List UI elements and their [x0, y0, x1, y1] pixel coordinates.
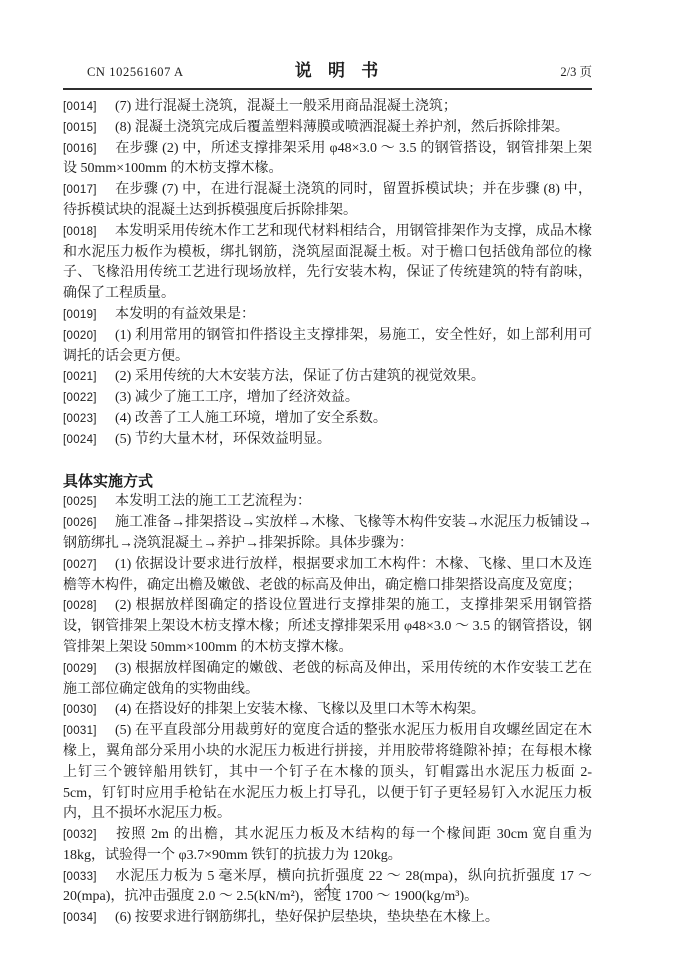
paragraph-0028: [0028](2) 根据放样图确定的搭设位置进行支撑排架的施工，支撑排架采用钢管… — [63, 596, 592, 658]
paragraph-0020: [0020](1) 利用常用的钢管扣件搭设主支撑排架，易施工，安全性好，如上部利… — [63, 326, 592, 368]
paragraph-tag: [0034] — [63, 908, 115, 929]
paragraph-text: (5) 在平直段部分用裁剪好的宽度合适的整张水泥压力板用自攻螺丝固定在木椽上，翼… — [63, 723, 592, 821]
paragraph-0019: [0019]本发明的有益效果是： — [63, 305, 592, 326]
paragraph-text: (8) 混凝土浇筑完成后覆盖塑料薄膜或喷洒混凝土养护剂，然后拆除排架。 — [115, 120, 569, 135]
paragraph-text: (3) 减少了施工工序，增加了经济效益。 — [115, 390, 359, 405]
paragraph-text: (2) 根据放样图确定的搭设位置进行支撑排架的施工，支撑排架采用钢管搭设，钢管排… — [63, 598, 592, 655]
patent-document-page: CN 102561607 A 说 明 书 2/3 页 [0014](7) 进行混… — [0, 0, 680, 962]
paragraph-text: (7) 进行混凝土浇筑，混凝土一般采用商品混凝土浇筑； — [115, 99, 457, 114]
paragraph-tag: [0025] — [63, 492, 115, 513]
paragraph-text: (4) 在搭设好的排架上安装木椽、飞椽以及里口木等木构架。 — [115, 702, 485, 717]
paragraph-tag: [0019] — [63, 305, 115, 326]
page-indicator: 2/3 页 — [384, 62, 592, 80]
paragraph-text: 本发明工法的施工工艺流程为： — [115, 494, 311, 509]
paragraph-0024: [0024](5) 节约大量木材，环保效益明显。 — [63, 430, 592, 451]
paragraph-text: (3) 根据放样图确定的嫩戗、老戗的标高及伸出，采用传统的木作安装工艺在施工部位… — [63, 661, 592, 697]
paragraph-tag: [0030] — [63, 700, 115, 721]
page-number: 4 — [324, 880, 331, 895]
paragraph-0025: [0025]本发明工法的施工工艺流程为： — [63, 492, 592, 513]
paragraph-tag: [0015] — [63, 118, 115, 139]
paragraph-tag: [0018] — [63, 222, 115, 243]
paragraph-0022: [0022](3) 减少了施工工序，增加了经济效益。 — [63, 388, 592, 409]
page-header: CN 102561607 A 说 明 书 2/3 页 — [63, 56, 592, 90]
paragraph-text: (2) 采用传统的大木安装方法，保证了仿古建筑的视觉效果。 — [115, 369, 485, 384]
paragraph-tag: [0029] — [63, 659, 115, 680]
paragraph-text: 按照 2m 的出檐，其水泥压力板及木结构的每一个椽间距 30cm 宽自重为 18… — [63, 827, 592, 863]
paragraph-text: (5) 节约大量木材，环保效益明显。 — [115, 432, 331, 447]
document-body: [0014](7) 进行混凝土浇筑，混凝土一般采用商品混凝土浇筑； [0015]… — [63, 97, 592, 929]
paragraph-text: 本发明的有益效果是： — [115, 307, 255, 322]
paragraph-tag: [0023] — [63, 409, 115, 430]
paragraph-tag: [0027] — [63, 555, 115, 576]
paragraph-0027: [0027](1) 依据设计要求进行放样，根据要求加工木构件：木椽、飞椽、里口木… — [63, 555, 592, 597]
page-footer: 4 — [63, 880, 592, 896]
paragraph-0015: [0015](8) 混凝土浇筑完成后覆盖塑料薄膜或喷洒混凝土养护剂，然后拆除排架… — [63, 118, 592, 139]
paragraph-tag: [0028] — [63, 596, 115, 617]
paragraph-tag: [0020] — [63, 326, 115, 347]
paragraph-0032: [0032]按照 2m 的出檐，其水泥压力板及木结构的每一个椽间距 30cm 宽… — [63, 825, 592, 867]
paragraph-0029: [0029](3) 根据放样图确定的嫩戗、老戗的标高及伸出，采用传统的木作安装工… — [63, 659, 592, 701]
paragraph-text: 本发明采用传统木作工艺和现代材料相结合，用钢管排架作为支撑，成品木椽和水泥压力板… — [63, 224, 592, 301]
paragraph-text: 在步骤 (7) 中，在进行混凝土浇筑的同时，留置拆模试块；并在步骤 (8) 中，… — [63, 182, 592, 218]
paragraph-0030: [0030](4) 在搭设好的排架上安装木椽、飞椽以及里口木等木构架。 — [63, 700, 592, 721]
paragraph-0016: [0016]在步骤 (2) 中，所述支撑排架采用 φ48×3.0 ～ 3.5 的… — [63, 139, 592, 181]
paragraph-0034: [0034](6) 按要求进行钢筋绑扎，垫好保护层垫块，垫块垫在木椽上。 — [63, 908, 592, 929]
paragraph-tag: [0021] — [63, 367, 115, 388]
paragraph-0031: [0031](5) 在平直段部分用裁剪好的宽度合适的整张水泥压力板用自攻螺丝固定… — [63, 721, 592, 825]
paragraph-0023: [0023](4) 改善了工人施工环境，增加了安全系数。 — [63, 409, 592, 430]
paragraph-text: (4) 改善了工人施工环境，增加了安全系数。 — [115, 411, 387, 426]
document-title: 说 明 书 — [295, 56, 385, 81]
document-number: CN 102561607 A — [63, 65, 295, 80]
paragraph-0026: [0026]施工准备→排架搭设→实放样→木椽、飞椽等木构件安装→水泥压力板铺设→… — [63, 513, 592, 555]
paragraph-tag: [0016] — [63, 139, 115, 160]
paragraph-tag: [0022] — [63, 388, 115, 409]
paragraph-0014: [0014](7) 进行混凝土浇筑，混凝土一般采用商品混凝土浇筑； — [63, 97, 592, 118]
paragraph-text: (1) 利用常用的钢管扣件搭设主支撑排架，易施工，安全性好，如上部利用可调托的话… — [63, 328, 592, 364]
paragraph-text: 施工准备→排架搭设→实放样→木椽、飞椽等木构件安装→水泥压力板铺设→钢筋绑扎→浇… — [63, 515, 592, 551]
paragraph-tag: [0026] — [63, 513, 115, 534]
paragraph-text: 在步骤 (2) 中，所述支撑排架采用 φ48×3.0 ～ 3.5 的钢管搭设，钢… — [63, 141, 592, 177]
paragraph-0018: [0018]本发明采用传统木作工艺和现代材料相结合，用钢管排架作为支撑，成品木椽… — [63, 222, 592, 305]
paragraph-text: (1) 依据设计要求进行放样，根据要求加工木构件：木椽、飞椽、里口木及连檐等木构… — [63, 557, 592, 593]
paragraph-tag: [0024] — [63, 430, 115, 451]
paragraph-text: (6) 按要求进行钢筋绑扎，垫好保护层垫块，垫块垫在木椽上。 — [115, 910, 499, 925]
paragraph-tag: [0031] — [63, 721, 115, 742]
paragraph-tag: [0032] — [63, 825, 115, 846]
paragraph-tag: [0014] — [63, 97, 115, 118]
section-heading-specific-implementation: 具体实施方式 — [63, 472, 592, 493]
paragraph-0017: [0017]在步骤 (7) 中，在进行混凝土浇筑的同时，留置拆模试块；并在步骤 … — [63, 180, 592, 222]
paragraph-tag: [0017] — [63, 180, 115, 201]
paragraph-0021: [0021](2) 采用传统的大木安装方法，保证了仿古建筑的视觉效果。 — [63, 367, 592, 388]
